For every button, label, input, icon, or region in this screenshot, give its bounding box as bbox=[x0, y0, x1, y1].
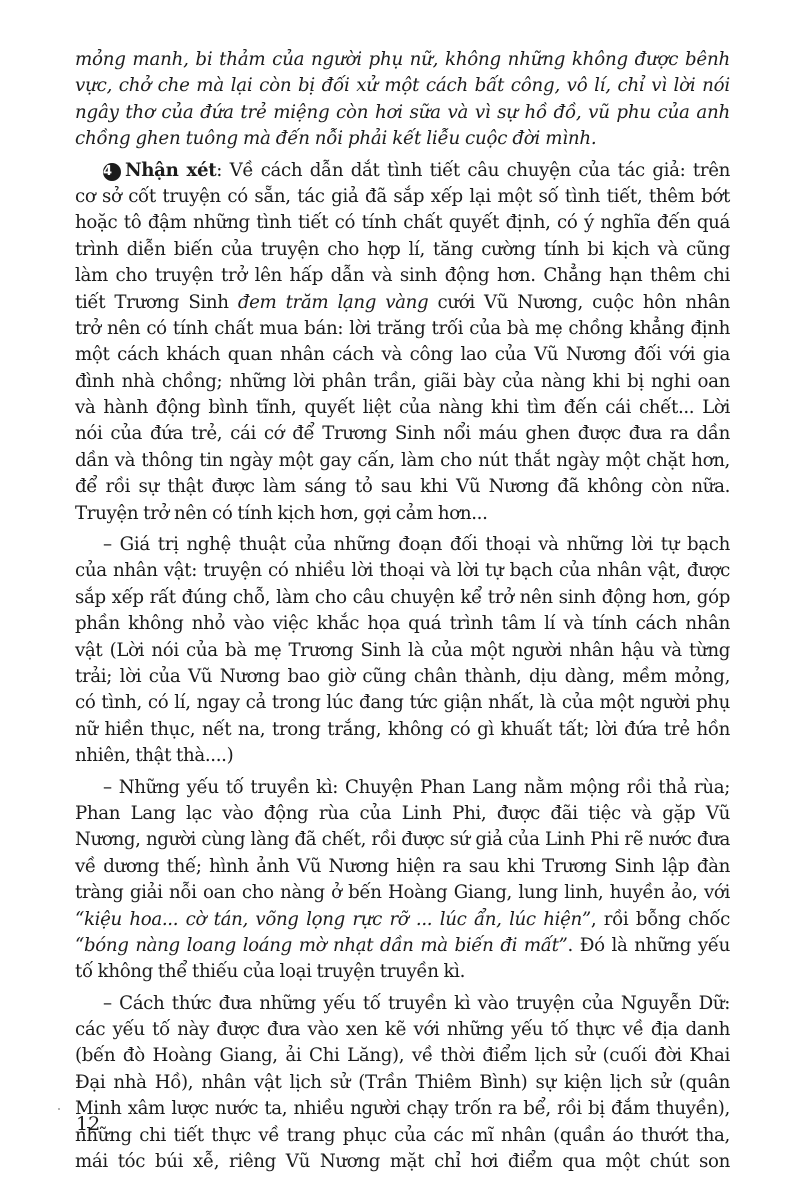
text-run: làm cho truyện trở lên hấp dẫn và sinh đ… bbox=[75, 265, 730, 286]
text-line: nữ hiền thục, nết na, trong trắng, không… bbox=[75, 717, 730, 743]
paragraph-p3: – Những yếu tố truyền kì: Chuyện Phan La… bbox=[75, 775, 730, 986]
text-run: , rồi bỗng chốc bbox=[591, 909, 730, 930]
text-line: đình nhà chồng; những lời phân trần, giã… bbox=[75, 369, 730, 395]
paragraph-p0: mỏng manh, bi thảm của người phụ nữ, khô… bbox=[75, 47, 730, 153]
text-line: Phan Lang lạc vào động rùa của Linh Phi,… bbox=[75, 801, 730, 827]
text-line: vực, chở che mà lại còn bị đối xử một cá… bbox=[75, 73, 730, 99]
text-run: các yếu tố này được đưa vào xen kẽ với n… bbox=[75, 1019, 730, 1040]
text-run: – Cách thức đưa những yếu tố truyền kì v… bbox=[103, 993, 730, 1014]
text-line: Minh xâm lược nước ta, nhiều người chạy … bbox=[75, 1096, 730, 1122]
text-run: ngây thơ của đứa trẻ miệng còn hơi sữa v… bbox=[75, 102, 730, 123]
text-line: – Những yếu tố truyền kì: Chuyện Phan La… bbox=[75, 775, 730, 801]
text-line: tiết Trương Sinh đem trăm lạng vàng cưới… bbox=[75, 290, 730, 316]
text-line: tố không thể thiếu của loại truyện truyề… bbox=[75, 959, 730, 985]
page-number: 12 bbox=[76, 1113, 100, 1135]
text-run: những chi tiết thực về trang phục của cá… bbox=[75, 1125, 730, 1146]
text-run: – Giá trị nghệ thuật của những đoạn đối … bbox=[103, 534, 730, 555]
text-run: có tình, có lí, ngay cả trong lúc đang t… bbox=[75, 692, 730, 713]
text-line: Truyện trở nên có tính kịch hơn, gợi cảm… bbox=[75, 501, 730, 527]
text-line: trở nên có tính chất mua bán: lời trăng … bbox=[75, 316, 730, 342]
text-line: chồng ghen tuông mà đến nỗi phải kết liễ… bbox=[75, 126, 730, 152]
text-line: 4Nhận xét: Về cách dẫn dắt tình tiết câu… bbox=[75, 158, 730, 184]
paragraph-p2: – Giá trị nghệ thuật của những đoạn đối … bbox=[75, 532, 730, 770]
text-line: sắp xếp rất đúng chỗ, làm cho câu chuyện… bbox=[75, 585, 730, 611]
text-run: : Về cách dẫn dắt tình tiết câu chuyện c… bbox=[216, 160, 730, 181]
text-run: Nương, người cùng làng đã chết, rồi được… bbox=[75, 829, 730, 850]
text-run: và hành động bình tĩnh, quyết liệt của n… bbox=[75, 397, 730, 418]
text-run: một cách khách quan nhân cách và công la… bbox=[75, 344, 730, 365]
text-run: nói của đứa trẻ, cái cớ để Trương Sinh n… bbox=[75, 423, 730, 444]
text-run: Phan Lang lạc vào động rùa của Linh Phi,… bbox=[75, 803, 730, 824]
text-line: tràng giải nỗi oan cho nàng ở bến Hoàng … bbox=[75, 880, 730, 906]
text-line: một cách khách quan nhân cách và công la… bbox=[75, 342, 730, 368]
text-run: nhiên, thật thà....) bbox=[75, 745, 233, 766]
text-run: (bến đò Hoàng Giang, ải Chi Lăng), về th… bbox=[75, 1045, 730, 1066]
text-run: phần không nhỏ vào việc khắc họa quá trì… bbox=[75, 613, 730, 634]
text-line: những chi tiết thực về trang phục của cá… bbox=[75, 1123, 730, 1149]
italic-quote: đem trăm lạng vàng bbox=[238, 292, 429, 313]
text-line: làm cho truyện trở lên hấp dẫn và sinh đ… bbox=[75, 263, 730, 289]
text-run: trình diễn biến của truyện cho hợp lí, t… bbox=[75, 239, 730, 260]
scan-speck bbox=[58, 1108, 60, 1110]
text-line: nhiên, thật thà....) bbox=[75, 743, 730, 769]
text-line: (bến đò Hoàng Giang, ải Chi Lăng), về th… bbox=[75, 1043, 730, 1069]
text-run: hoặc tô đậm những tình tiết có tính chất… bbox=[75, 212, 730, 233]
text-line: hoặc tô đậm những tình tiết có tính chất… bbox=[75, 210, 730, 236]
paragraph-p1: 4Nhận xét: Về cách dẫn dắt tình tiết câu… bbox=[75, 158, 730, 527]
text-line: của nhân vật: truyện có nhiều lời thoại … bbox=[75, 558, 730, 584]
text-run: cưới Vũ Nương, cuộc hôn nhân bbox=[428, 292, 730, 313]
book-page-text: mỏng manh, bi thảm của người phụ nữ, khô… bbox=[75, 47, 730, 1180]
text-run: tiết Trương Sinh bbox=[75, 292, 238, 313]
text-line: vật (Lời nói của bà mẹ Trương Sinh là củ… bbox=[75, 638, 730, 664]
text-run: vực, chở che mà lại còn bị đối xử một cá… bbox=[75, 75, 730, 96]
text-line: “kiệu hoa... cờ tán, võng lọng rực rỡ ..… bbox=[75, 907, 730, 933]
text-line: ngây thơ của đứa trẻ miệng còn hơi sữa v… bbox=[75, 100, 730, 126]
text-run: chồng ghen tuông mà đến nỗi phải kết liễ… bbox=[75, 128, 597, 149]
text-run: để rồi sự thật được làm sáng tỏ sau khi … bbox=[75, 476, 730, 497]
numbered-circle-marker: 4 bbox=[103, 163, 121, 181]
text-line: mái tóc búi xễ, riêng Vũ Nương mặt chỉ h… bbox=[75, 1149, 730, 1175]
text-run: Truyện trở nên có tính kịch hơn, gợi cảm… bbox=[75, 503, 488, 524]
text-run: mỏng manh, bi thảm của người phụ nữ, khô… bbox=[75, 49, 730, 70]
text-line: về dương thế; hình ảnh Vũ Nương hiện ra … bbox=[75, 854, 730, 880]
text-run: vật (Lời nói của bà mẹ Trương Sinh là củ… bbox=[75, 640, 730, 661]
text-line: mỏng manh, bi thảm của người phụ nữ, khô… bbox=[75, 47, 730, 73]
text-line: trình diễn biến của truyện cho hợp lí, t… bbox=[75, 237, 730, 263]
section-heading: Nhận xét bbox=[125, 160, 216, 181]
text-run: tố không thể thiếu của loại truyện truyề… bbox=[75, 961, 465, 982]
text-run: nữ hiền thục, nết na, trong trắng, không… bbox=[75, 719, 730, 740]
text-run: – Những yếu tố truyền kì: Chuyện Phan La… bbox=[103, 777, 730, 798]
text-line: Nương, người cùng làng đã chết, rồi được… bbox=[75, 827, 730, 853]
text-run: Minh xâm lược nước ta, nhiều người chạy … bbox=[75, 1098, 730, 1119]
text-run: về dương thế; hình ảnh Vũ Nương hiện ra … bbox=[75, 856, 730, 877]
text-run: . Đó là những yếu bbox=[568, 935, 731, 956]
text-run: dần và thông tin ngày một gay cấn, làm c… bbox=[75, 450, 730, 471]
text-line: cơ sở cốt truyện có sẵn, tác giả đã sắp … bbox=[75, 184, 730, 210]
text-line: – Giá trị nghệ thuật của những đoạn đối … bbox=[75, 532, 730, 558]
text-run: mái tóc búi xễ, riêng Vũ Nương mặt chỉ h… bbox=[75, 1151, 730, 1172]
paragraph-p4: – Cách thức đưa những yếu tố truyền kì v… bbox=[75, 991, 730, 1176]
text-run: đình nhà chồng; những lời phân trần, giã… bbox=[75, 371, 730, 392]
text-line: dần và thông tin ngày một gay cấn, làm c… bbox=[75, 448, 730, 474]
text-run: cơ sở cốt truyện có sẵn, tác giả đã sắp … bbox=[75, 186, 730, 207]
text-line: có tình, có lí, ngay cả trong lúc đang t… bbox=[75, 690, 730, 716]
text-run: của nhân vật: truyện có nhiều lời thoại … bbox=[75, 560, 730, 581]
text-line: – Cách thức đưa những yếu tố truyền kì v… bbox=[75, 991, 730, 1017]
text-line: Đại nhà Hồ), nhân vật lịch sử (Trần Thiê… bbox=[75, 1070, 730, 1096]
italic-quote: “bóng nàng loang loáng mờ nhạt dần mà bi… bbox=[75, 935, 568, 956]
text-run: Đại nhà Hồ), nhân vật lịch sử (Trần Thiê… bbox=[75, 1072, 730, 1093]
text-line: nói của đứa trẻ, cái cớ để Trương Sinh n… bbox=[75, 421, 730, 447]
text-line: trải; lời của Vũ Nương bao giờ cũng chân… bbox=[75, 664, 730, 690]
text-line: và hành động bình tĩnh, quyết liệt của n… bbox=[75, 395, 730, 421]
text-run: sắp xếp rất đúng chỗ, làm cho câu chuyện… bbox=[75, 587, 730, 608]
text-line: phần không nhỏ vào việc khắc họa quá trì… bbox=[75, 611, 730, 637]
text-run: tràng giải nỗi oan cho nàng ở bến Hoàng … bbox=[75, 882, 730, 903]
text-line: các yếu tố này được đưa vào xen kẽ với n… bbox=[75, 1017, 730, 1043]
italic-quote: “kiệu hoa... cờ tán, võng lọng rực rỡ ..… bbox=[75, 909, 591, 930]
text-line: để rồi sự thật được làm sáng tỏ sau khi … bbox=[75, 474, 730, 500]
text-run: trải; lời của Vũ Nương bao giờ cũng chân… bbox=[75, 666, 730, 687]
text-run: trở nên có tính chất mua bán: lời trăng … bbox=[75, 318, 730, 339]
text-line: “bóng nàng loang loáng mờ nhạt dần mà bi… bbox=[75, 933, 730, 959]
